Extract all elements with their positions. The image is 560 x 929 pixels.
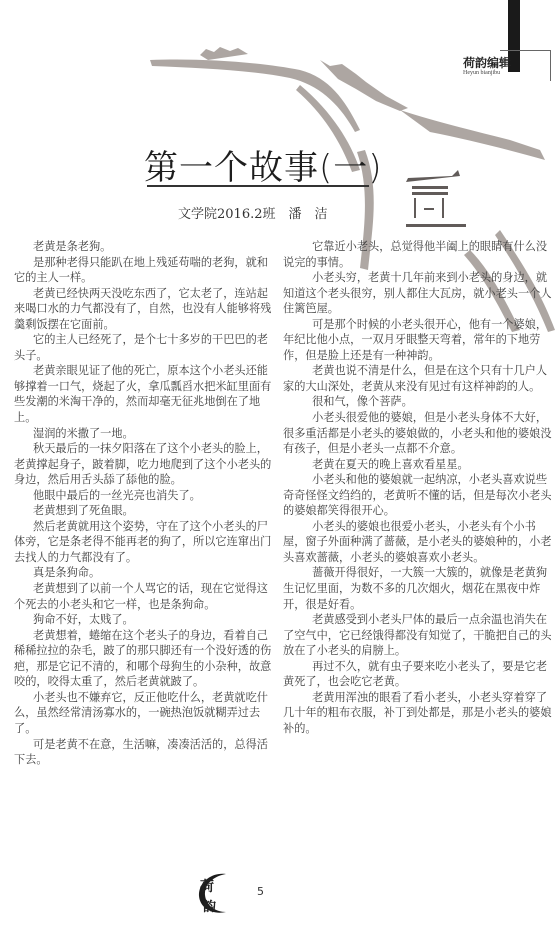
article-title: 第一个故事(一) (144, 140, 383, 189)
page-number: 5 (257, 885, 264, 898)
paragraph: 可是那个时候的小老头很开心，他有一个婆娘，年纪比他小点，一双月牙眼整天弯着，常年… (283, 317, 557, 364)
paragraph: 湿润的米撒了一地。 (14, 426, 272, 442)
paragraph: 真是条狗命。 (14, 565, 272, 581)
paragraph: 小老头穷，老黄十几年前来到小老头的身边，就知道这个老头很穷，别人都住大瓦房，就小… (283, 270, 557, 317)
paragraph: 他眼中最后的一丝光亮也消失了。 (14, 488, 272, 504)
paragraph: 是那种老得只能趴在地上残延苟喘的老狗，就和它的主人一样。 (14, 255, 272, 286)
paragraph: 老黄想着，蜷缩在这个老头子的身边，看着自己稀稀拉拉的杂毛，跛了的那只脚还有一个没… (14, 628, 272, 690)
article-byline: 文学院2016.2班 潘 洁 (178, 203, 328, 222)
title-divider (147, 185, 369, 187)
paragraph: 再过不久，就有虫子要来吃小老头了，要是它老黄死了，也会吃它老黄。 (283, 659, 557, 690)
pavilion-icon (406, 170, 466, 227)
logo-char-he: 荷 (200, 876, 214, 896)
paragraph: 老黄亲眼见证了他的死亡，原本这个小老头还能够撑着一口气，烧起了火，拿瓜瓢舀水把米… (14, 363, 272, 425)
paragraph: 然后老黄就用这个姿势，守在了这个小老头的尸体旁，它是条老得不能再老的狗了，所以它… (14, 519, 272, 566)
paragraph: 老黄也说不清是什么，但是在这个只有十几户人家的大山深处，老黄从来没有见过有这样神… (283, 363, 557, 394)
paragraph: 狗命不好，太贱了。 (14, 612, 272, 628)
paragraph: 蔷薇开得很好，一大簇一大簇的，就像是老黄狗生记忆里面，为数不多的几次烟火，烟花在… (283, 565, 557, 612)
paragraph: 老黄是条老狗。 (14, 239, 272, 255)
brand-subtitle: Heyun bianjibu (463, 70, 500, 76)
paragraph: 老黄在夏天的晚上喜欢看星星。 (283, 457, 557, 473)
paragraph: 小老头也不嫌弃它，反正他吃什么，老黄就吃什么，虽然经常清汤寡水的，一碗热泡饭就糊… (14, 690, 272, 737)
paragraph: 小老头很爱他的婆娘，但是小老头身体不大好，很多重活都是小老头的婆娘做的，小老头和… (283, 410, 557, 457)
brand-title: 荷韵编辑 (463, 54, 511, 71)
paragraph: 老黄感受到小老头尸体的最后一点余温也消失在了空气中，它已经饿得都没有知觉了，干脆… (283, 612, 557, 659)
paragraph: 它靠近小老头，总觉得他半阖上的眼睛有什么没说完的事情。 (283, 239, 557, 270)
paragraph: 老黄已经快两天没吃东西了，它太老了，连站起来喝口水的力气都没有了，自然，也没有人… (14, 286, 272, 333)
left-column: 老黄是条老狗。 是那种老得只能趴在地上残延苟喘的老狗，就和它的主人一样。 老黄已… (14, 239, 272, 768)
paragraph: 可是老黄不在意，生活嘛，凑凑活活的，总得活下去。 (14, 737, 272, 768)
paragraph: 老黄想到了以前一个人骂它的话，现在它觉得这个死去的小老头和它一样，也是条狗命。 (14, 581, 272, 612)
paragraph: 老黄用浑浊的眼看了看小老头，小老头穿着穿了几十年的粗布衣服，补丁到处都是，那是小… (283, 690, 557, 737)
paragraph: 小老头和他的婆娘就一起纳凉，小老头喜欢说些奇奇怪怪文绉绉的，老黄听不懂的话，但是… (283, 472, 557, 519)
right-column: 它靠近小老头，总觉得他半阖上的眼睛有什么没说完的事情。 小老头穷，老黄十几年前来… (283, 239, 557, 737)
paragraph: 老黄想到了死鱼眼。 (14, 503, 272, 519)
paragraph: 它的主人已经死了，是个七十多岁的干巴巴的老头子。 (14, 332, 272, 363)
logo-char-yun: 韵 (203, 896, 216, 915)
paragraph: 小老头的婆娘也很爱小老头，小老头有个小书屋，窗子外面种满了蔷薇，是小老头的婆娘种… (283, 519, 557, 566)
paragraph: 很和气，像个菩萨。 (283, 394, 557, 410)
paragraph: 秋天最后的一抹夕阳落在了这个小老头的脸上，老黄撑起身子，跛着脚，吃力地爬到了这个… (14, 441, 272, 488)
